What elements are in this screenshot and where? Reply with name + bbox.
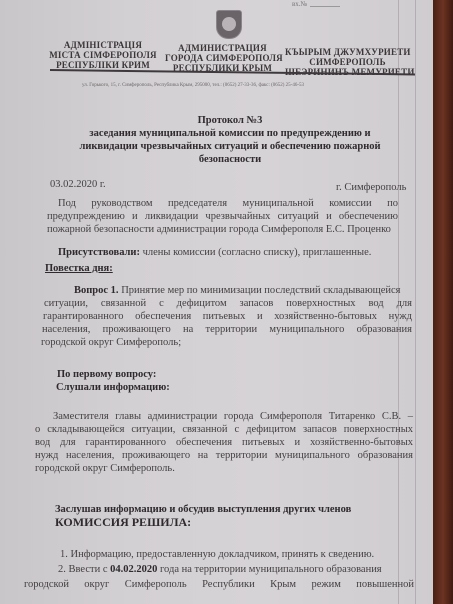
agenda-question-1: Вопрос 1. Принятие мер по минимизации по…: [74, 284, 401, 297]
effective-date: 04.02.2020: [110, 564, 157, 575]
report-line: вод для гарантированного обеспечения пит…: [35, 436, 413, 449]
agenda-heading: Повестка дня:: [45, 262, 113, 275]
question-label: Вопрос 1.: [74, 285, 119, 296]
agenda-line: населения, проживающего на территории му…: [42, 323, 412, 336]
attendance: Присутствовали: члены комиссии (согласно…: [58, 246, 371, 259]
protocol-title: Протокол №3: [30, 114, 430, 127]
doc-number-field: [310, 6, 340, 7]
first-question-heading: По первому вопросу:: [57, 368, 156, 381]
header-left-ukrainian: АДМІНІСТРАЦІЯМІСТА СІМФЕРОПОЛЯРЕСПУБЛІКИ…: [48, 40, 158, 70]
intro-line: предупреждению и ликвидации чрезвычайных…: [47, 210, 398, 223]
agenda-line: городской округ Симферополь;: [41, 336, 181, 349]
intro-line: пожарной безопасности администрации горо…: [47, 223, 391, 236]
report-line: нужд населения, проживающего на территор…: [35, 449, 413, 462]
protocol-subtitle-line: ликвидации чрезвычайных ситуаций и обесп…: [30, 140, 430, 153]
wooden-table-background: [433, 0, 453, 604]
meeting-city: г. Симферополь: [336, 181, 406, 194]
crimea-coat-of-arms-icon: [216, 10, 242, 39]
agenda-line: гарантированного обеспечения питьевых и …: [43, 310, 412, 323]
intro-line: Под руководством председателя муниципаль…: [58, 197, 398, 210]
protocol-subtitle-line: безопасности: [30, 153, 430, 166]
report-line: городской округ Симферополь.: [35, 462, 175, 475]
commission-decided-heading: КОМИССИЯ РЕШИЛА:: [55, 516, 191, 529]
attendance-text: члены комиссии (согласно списку), пригла…: [143, 247, 372, 258]
decision-item-1: 1. Информацию, предоставленную докладчик…: [60, 548, 374, 561]
report-line: Заместителя главы администрации города С…: [53, 410, 413, 423]
meeting-date: 03.02.2020 г.: [50, 178, 106, 191]
heard-information-heading: Слушали информацию:: [56, 381, 170, 394]
protocol-subtitle-line: заседания муниципальной комиссии по пред…: [30, 127, 430, 140]
header-center-russian: АДМИНИСТРАЦИЯГОРОДА СИМФЕРОПОЛЯРЕСПУБЛИК…: [165, 43, 280, 73]
decision-item-2-line: городской округ Симферополь Республики К…: [24, 578, 414, 591]
doc-number-label: вх.№: [292, 0, 307, 8]
report-line: о складывающейся ситуации, связанной с д…: [35, 423, 413, 436]
document-page: вх.№ АДМІНІСТРАЦІЯМІСТА СІМФЕРОПОЛЯРЕСПУ…: [0, 0, 438, 604]
attendance-label: Присутствовали:: [58, 247, 140, 258]
decision-item-2: 2. Ввести с 04.02.2020 года на территори…: [58, 563, 382, 576]
header-address: ул. Горького, 15, г. Симферополь, Респуб…: [82, 83, 304, 88]
agenda-line: ситуации, связанной с дефицитом запасов …: [44, 297, 412, 310]
